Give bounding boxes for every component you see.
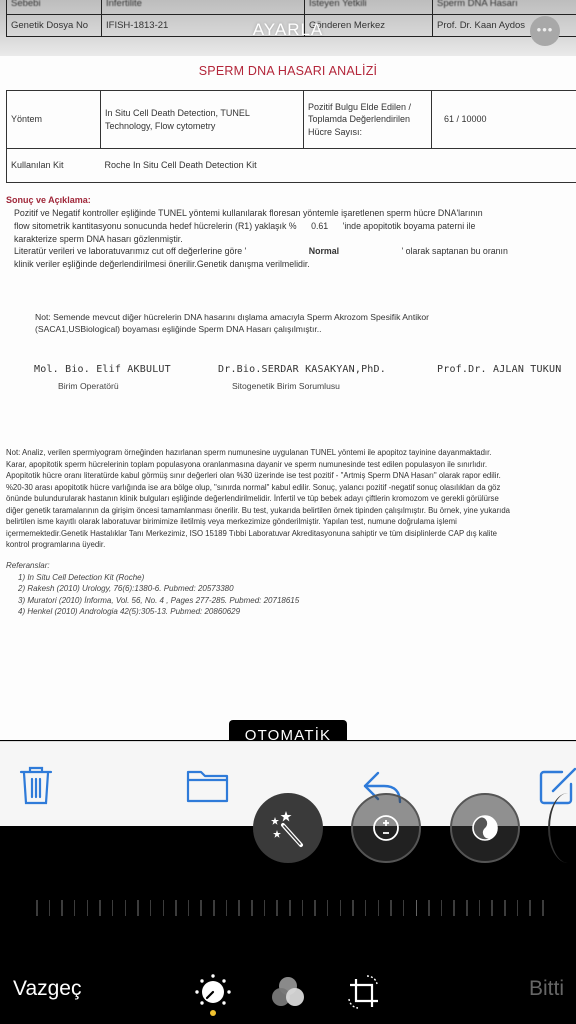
result-text: flow sitometrik kantitasyonu sonucunda h… bbox=[14, 221, 297, 231]
positive-value: 61 / 10000 bbox=[432, 91, 576, 149]
slider-tick bbox=[226, 900, 228, 916]
slider-tick bbox=[200, 900, 202, 916]
exposure-button[interactable] bbox=[351, 793, 421, 863]
slider-tick bbox=[479, 900, 481, 916]
slider-tick bbox=[378, 900, 380, 916]
active-mode-indicator bbox=[210, 1010, 216, 1016]
slider-tick bbox=[403, 900, 405, 916]
cancel-button[interactable]: Vazgeç bbox=[13, 977, 82, 1001]
slider-tick bbox=[276, 900, 278, 916]
slider-tick bbox=[491, 900, 493, 916]
exposure-icon bbox=[372, 814, 400, 842]
slider-tick bbox=[453, 900, 455, 916]
folder-button[interactable] bbox=[186, 768, 230, 809]
slider-tick bbox=[340, 900, 342, 916]
slider-tick bbox=[238, 900, 240, 916]
positive-label: Pozitif Bulgu Elde Edilen / Toplamda Değ… bbox=[304, 91, 432, 149]
contrast-icon bbox=[471, 814, 499, 842]
slider-tick bbox=[188, 900, 190, 916]
slider-tick bbox=[529, 900, 531, 916]
result-heading: Sonuç ve Açıklama: bbox=[6, 194, 576, 207]
references-heading: Referanslar: bbox=[6, 560, 299, 572]
slider-tick bbox=[213, 900, 215, 916]
verdict: Normal bbox=[309, 246, 339, 256]
filters-mode-button[interactable] bbox=[268, 972, 308, 1017]
result-text: Literatür verileri ve laboratuvarımız cu… bbox=[14, 246, 246, 256]
magic-wand-icon bbox=[268, 808, 308, 848]
slider-tick bbox=[125, 900, 127, 916]
slider-tick bbox=[352, 900, 354, 916]
note-line: Not: Analiz, verilen spermiyogram örneği… bbox=[6, 447, 576, 459]
note-line: diğer genetik taramalarının da girişim ö… bbox=[6, 505, 576, 517]
more-button[interactable]: ••• bbox=[530, 16, 560, 46]
slider-tick bbox=[327, 900, 329, 916]
slider-tick bbox=[390, 900, 392, 916]
reference-item: 4) Henkel (2010) Andrologia 42(5):305-13… bbox=[18, 606, 299, 618]
reference-item: 1) In Situ Cell Detection Kit (Roche) bbox=[18, 572, 299, 584]
trash-icon bbox=[18, 764, 54, 806]
slider-tick bbox=[137, 900, 139, 916]
slider-tick bbox=[61, 900, 63, 916]
trash-button[interactable] bbox=[18, 764, 54, 811]
filters-icon bbox=[268, 972, 308, 1012]
result-line: klinik veriler eşliğinde değerlendirilme… bbox=[14, 258, 576, 271]
crop-rotate-icon bbox=[343, 972, 383, 1012]
edit-bottom-bar: Vazgeç Bitti bbox=[0, 960, 576, 1024]
result-line: Pozitif ve Negatif kontroller eşliğinde … bbox=[14, 207, 576, 220]
note-line: (SACA1,USBiological) boyaması eşliğinde … bbox=[35, 323, 555, 335]
slider-tick bbox=[36, 900, 38, 916]
references: Referanslar: 1) In Situ Cell Detection K… bbox=[6, 560, 299, 618]
result-text: 'inde apopitotik boyama paterni ile bbox=[343, 221, 476, 231]
slider-tick bbox=[517, 900, 519, 916]
method-value: In Situ Cell Death Detection, TUNEL Tech… bbox=[101, 91, 304, 149]
slider-tick bbox=[466, 900, 468, 916]
header-cell: İnfertilite bbox=[102, 0, 305, 15]
result-section: Sonuç ve Açıklama: Pozitif ve Negatif ko… bbox=[6, 194, 576, 271]
result-line: flow sitometrik kantitasyonu sonucunda h… bbox=[14, 220, 576, 233]
slider-tick bbox=[49, 900, 51, 916]
slider-tick bbox=[264, 900, 266, 916]
note-antibody: Not: Semende mevcut diğer hücrelerin DNA… bbox=[35, 311, 555, 336]
slider-tick bbox=[416, 900, 418, 916]
note-line: içermemektedir.Genetik Hastalıklar Tanı … bbox=[6, 528, 576, 540]
references-list: 1) In Situ Cell Detection Kit (Roche)2) … bbox=[6, 572, 299, 618]
signature-name: Prof.Dr. AJLAN TUKUN bbox=[437, 364, 561, 375]
slider-tick bbox=[87, 900, 89, 916]
contrast-button[interactable] bbox=[450, 793, 520, 863]
result-line: karakterize sperm DNA hasarı gözlenmişti… bbox=[14, 233, 576, 246]
document-preview: Sebebi İnfertilite İsteyen Yetkili Sperm… bbox=[0, 0, 576, 740]
slider-tick bbox=[428, 900, 430, 916]
note-line: Not: Semende mevcut diğer hücrelerin DNA… bbox=[35, 311, 555, 323]
slider-tick bbox=[504, 900, 506, 916]
result-body: Pozitif ve Negatif kontroller eşliğinde … bbox=[6, 207, 576, 271]
slider-tick bbox=[163, 900, 165, 916]
slider-tick bbox=[150, 900, 152, 916]
signature-role: Birim Operatörü bbox=[58, 381, 119, 391]
header-cell: İsteyen Yetkili bbox=[305, 0, 433, 15]
slider-tick bbox=[365, 900, 367, 916]
slider-tick bbox=[175, 900, 177, 916]
slider-tick bbox=[314, 900, 316, 916]
note-line: kontrol programlarına üyedir. bbox=[6, 539, 576, 551]
note-line: %20-30 arası apopitotik hücre varlığında… bbox=[6, 482, 576, 494]
note-line: önünde bulundurularak hastanın klinik bu… bbox=[6, 493, 576, 505]
signature-name: Dr.Bio.SERDAR KASAKYAN,PhD. bbox=[218, 364, 386, 375]
header-cell: Sperm DNA Hasarı bbox=[433, 0, 576, 15]
reference-item: 3) Muratori (2010) İnforma, Vol. 56, No.… bbox=[18, 595, 299, 607]
damage-percent: 0.61 bbox=[311, 221, 328, 231]
done-button[interactable]: Bitti bbox=[529, 977, 564, 1001]
ellipsis-icon: ••• bbox=[537, 22, 554, 37]
header-row: Sebebi İnfertilite İsteyen Yetkili Sperm… bbox=[7, 0, 576, 15]
kit-value: Roche In Situ Cell Death Detection Kit bbox=[101, 149, 576, 183]
note-line: Karar, apopitotik sperm hücrelerinin top… bbox=[6, 459, 576, 471]
signature-role: Sitogenetik Birim Sorumlusu bbox=[232, 381, 340, 391]
slider-tick bbox=[289, 900, 291, 916]
note-line: Apopitotik hücre oranı literatürde kabul… bbox=[6, 470, 576, 482]
slider-tick bbox=[99, 900, 101, 916]
result-text: ' olarak saptanan bu oranın bbox=[402, 246, 508, 256]
screen-title: AYARLA bbox=[0, 20, 576, 40]
slider-tick bbox=[112, 900, 114, 916]
note-line: belirtilen isme kayıtlı olarak laboratuv… bbox=[6, 516, 576, 528]
slider-tick bbox=[441, 900, 443, 916]
signature-name: Mol. Bio. Elif AKBULUT bbox=[34, 364, 171, 375]
folder-icon bbox=[186, 768, 230, 804]
header-cell: Sebebi bbox=[7, 0, 102, 15]
document-title: SPERM DNA HASARI ANALİZİ bbox=[0, 64, 576, 78]
slider-tick bbox=[74, 900, 76, 916]
method-label: Yöntem bbox=[7, 91, 101, 149]
kit-label: Kullanılan Kit bbox=[7, 149, 101, 183]
method-row: Yöntem In Situ Cell Death Detection, TUN… bbox=[7, 91, 576, 149]
result-line: Literatür verileri ve laboratuvarımız cu… bbox=[14, 245, 576, 258]
kit-row: Kullanılan Kit Roche In Situ Cell Death … bbox=[7, 149, 576, 183]
adjust-dial-icon bbox=[193, 972, 233, 1012]
slider-tick bbox=[251, 900, 253, 916]
info-table: Yöntem In Situ Cell Death Detection, TUN… bbox=[6, 90, 576, 183]
slider-tick bbox=[542, 900, 544, 916]
note-disclaimer: Not: Analiz, verilen spermiyogram örneği… bbox=[6, 447, 576, 551]
adjustment-slider[interactable] bbox=[36, 900, 542, 916]
reference-item: 2) Rakesh (2010) Urology, 76(6):1380-6. … bbox=[18, 583, 299, 595]
auto-enhance-button[interactable] bbox=[253, 793, 323, 863]
crop-mode-button[interactable] bbox=[343, 972, 383, 1017]
slider-tick bbox=[302, 900, 304, 916]
